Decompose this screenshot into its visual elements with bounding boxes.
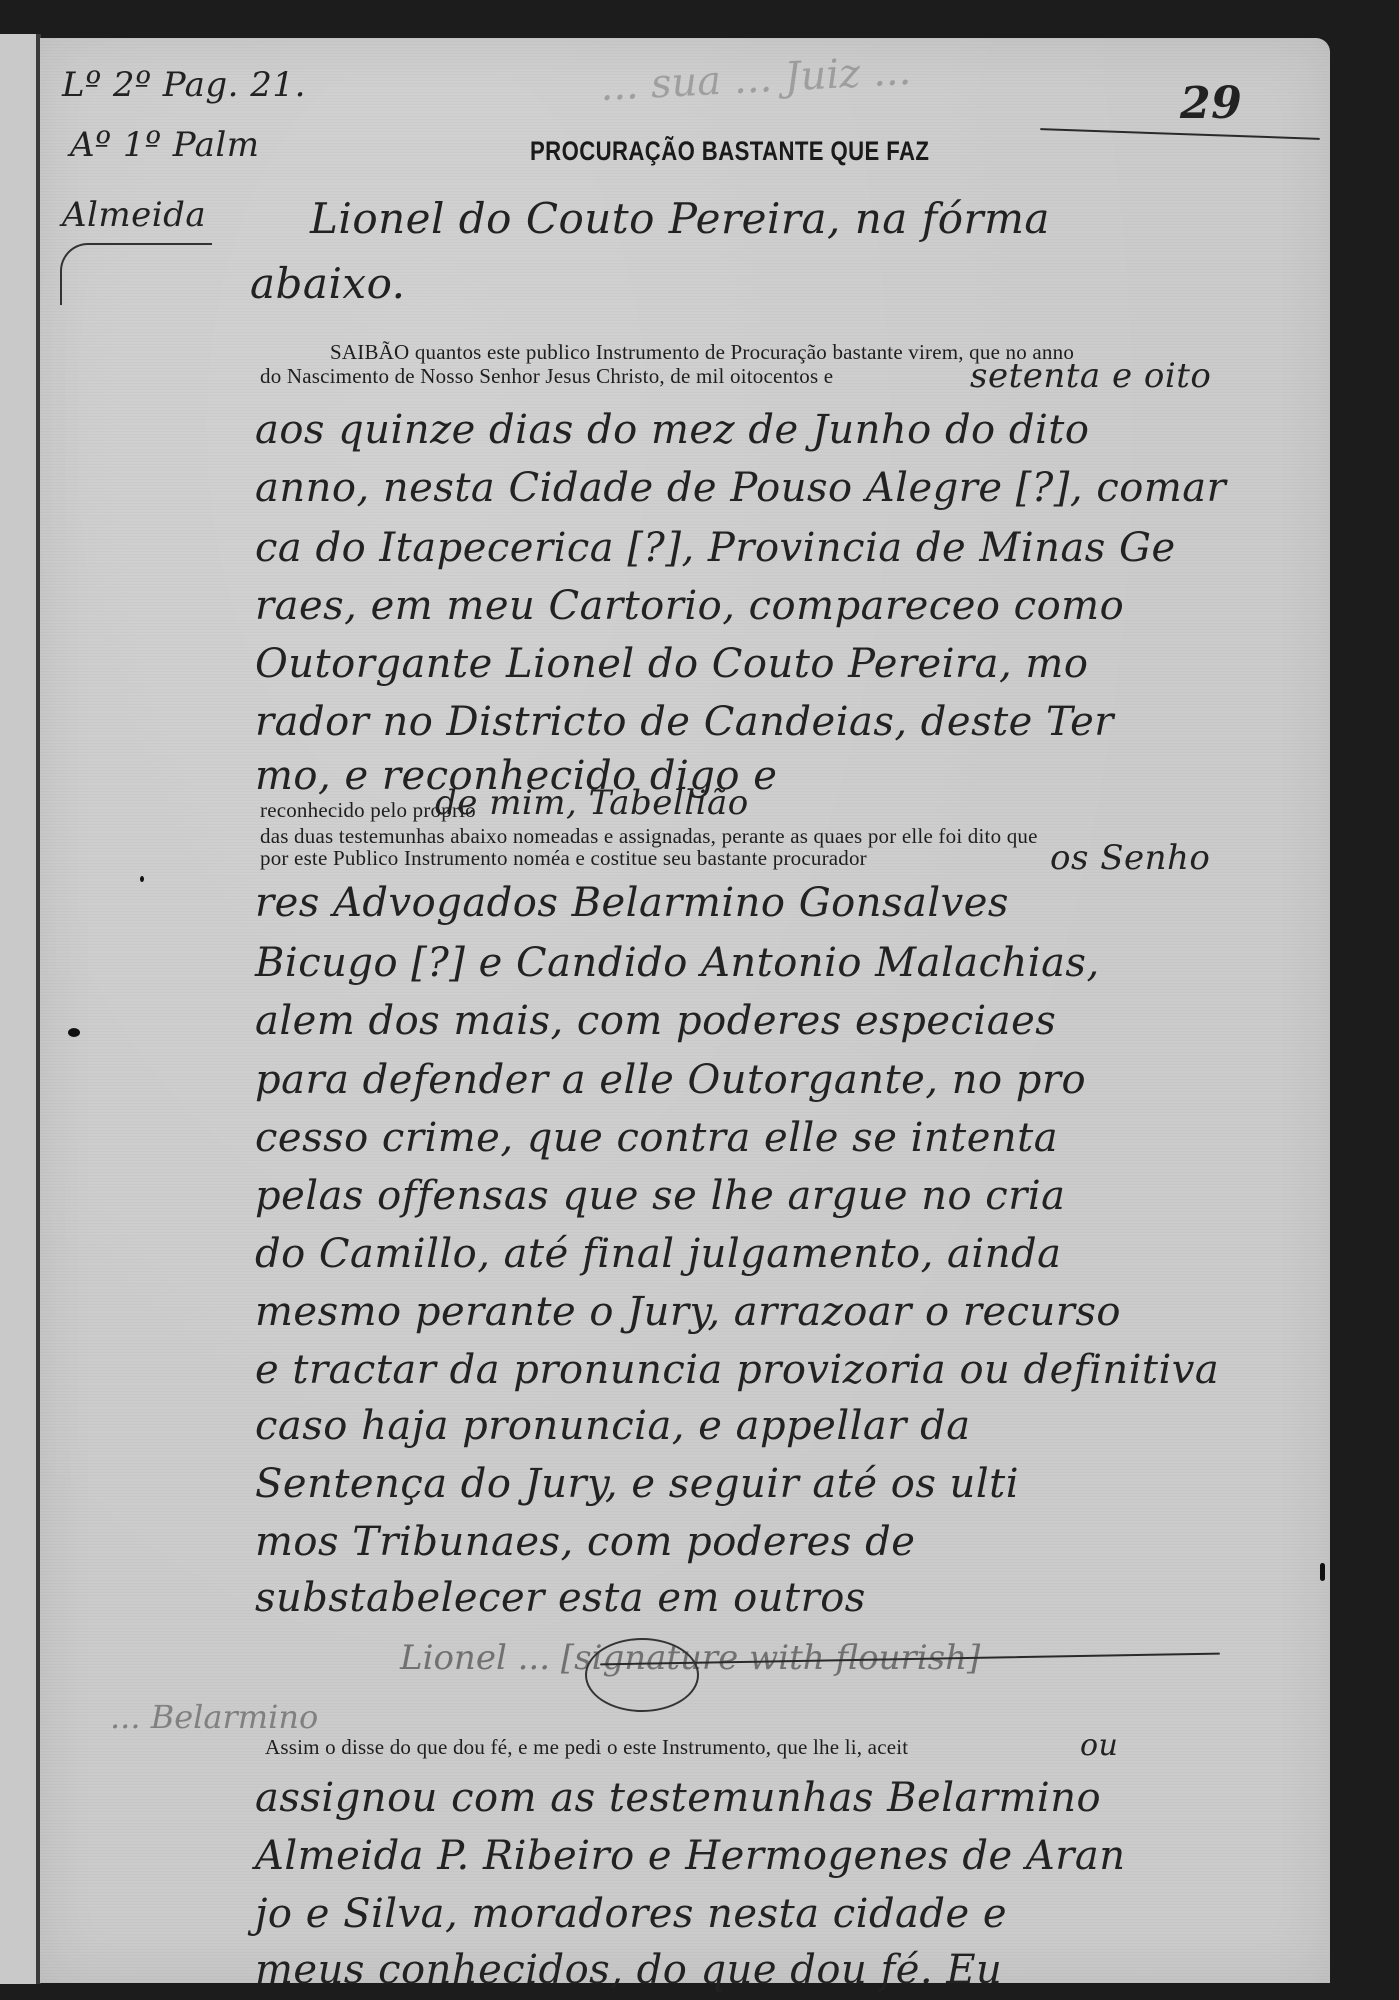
printed-closing: Assim o disse do que dou fé, e me pedi o… [265, 1735, 908, 1760]
folio-number: 29 [1180, 78, 1242, 129]
powers-line-2: Bicugo [?] e Candido Antonio Malachias, [255, 943, 1100, 983]
margin-bracket-stroke [60, 243, 212, 305]
powers-line-11: Sentença do Jury, e seguir até os ulti [255, 1464, 1019, 1504]
margin-note-registry: Aº 1º Palm [70, 118, 260, 172]
powers-line-7: do Camillo, até final julgamento, ainda [255, 1234, 1061, 1274]
ink-spot [1320, 1563, 1325, 1581]
powers-line-13: substabelecer esta em outros [255, 1578, 866, 1618]
ink-spot [68, 1028, 80, 1037]
bleedthrough-text: ... sua ... Juiz ... [599, 48, 912, 110]
heading-fill-line2: abaixo. [250, 263, 405, 305]
powers-line-9: e tractar da pronuncia provizoria ou def… [255, 1350, 1219, 1390]
powers-line-1: res Advogados Belarmino Gonsalves [255, 883, 1009, 923]
printed-intro-line2: do Nascimento de Nosso Senhor Jesus Chri… [260, 364, 833, 389]
margin-note-book-page: Lº 2º Pag. 21. [62, 58, 306, 112]
folio-underline [1040, 128, 1320, 140]
ink-spot [140, 876, 144, 882]
margin-note-name: Almeida [62, 188, 206, 242]
powers-line-12: mos Tribunaes, com poderes de [255, 1522, 915, 1562]
body-line-5: Outorgante Lionel do Couto Pereira, mo [255, 644, 1088, 684]
signature-flourish-loop [585, 1638, 699, 1712]
body-line-1: aos quinze dias do mez de Junho do dito [255, 410, 1089, 450]
closing-fill: ou [1080, 1728, 1118, 1763]
faded-witness-signature: ... Belarmino [110, 1698, 318, 1736]
recognized-fill: de mim, Tabellião [435, 783, 749, 823]
powers-line-5: cesso crime, que contra elle se intenta [255, 1118, 1058, 1158]
printed-intro-line1: SAIBÃO quantos este publico Instrumento … [330, 340, 1074, 365]
printed-witnesses-line2: por este Publico Instrumento noméa e cos… [260, 846, 867, 871]
powers-line-6: pelas offensas que se lhe argue no cria [255, 1176, 1065, 1216]
closing-line-2: Almeida P. Ribeiro e Hermogenes de Aran [255, 1836, 1126, 1876]
adjacent-page-edge [0, 34, 41, 1984]
closing-line-4: meus conhecidos, do que dou fé. Eu [255, 1950, 1002, 1990]
body-line-3: ca do Itapecerica [?], Provincia de Mina… [255, 528, 1176, 568]
document-title: PROCURAÇÃO BASTANTE QUE FAZ [530, 136, 929, 167]
powers-line-3: alem dos mais, com poderes especiaes [255, 1001, 1056, 1041]
heading-fill-line1: Lionel do Couto Pereira, na fórma [310, 198, 1050, 240]
closing-line-3: jo e Silva, moradores nesta cidade e [255, 1894, 1007, 1934]
powers-line-10: caso haja pronuncia, e appellar da [255, 1406, 971, 1446]
body-line-6: rador no Districto de Candeias, deste Te… [255, 702, 1114, 742]
closing-line-1: assignou com as testemunhas Belarmino [255, 1778, 1101, 1818]
document-page: Lº 2º Pag. 21. Aº 1º Palm Almeida ... su… [40, 38, 1330, 1983]
body-line-2: anno, nesta Cidade de Pouso Alegre [?], … [255, 468, 1226, 508]
powers-line-8: mesmo perante o Jury, arrazoar o recurso [255, 1292, 1121, 1332]
body-line-4: raes, em meu Cartorio, compareceo como [255, 586, 1124, 626]
powers-line-4: para defender a elle Outorgante, no pro [255, 1060, 1086, 1100]
procurador-fill: os Senho [1050, 838, 1210, 878]
year-fill: setenta e oito [970, 356, 1211, 396]
